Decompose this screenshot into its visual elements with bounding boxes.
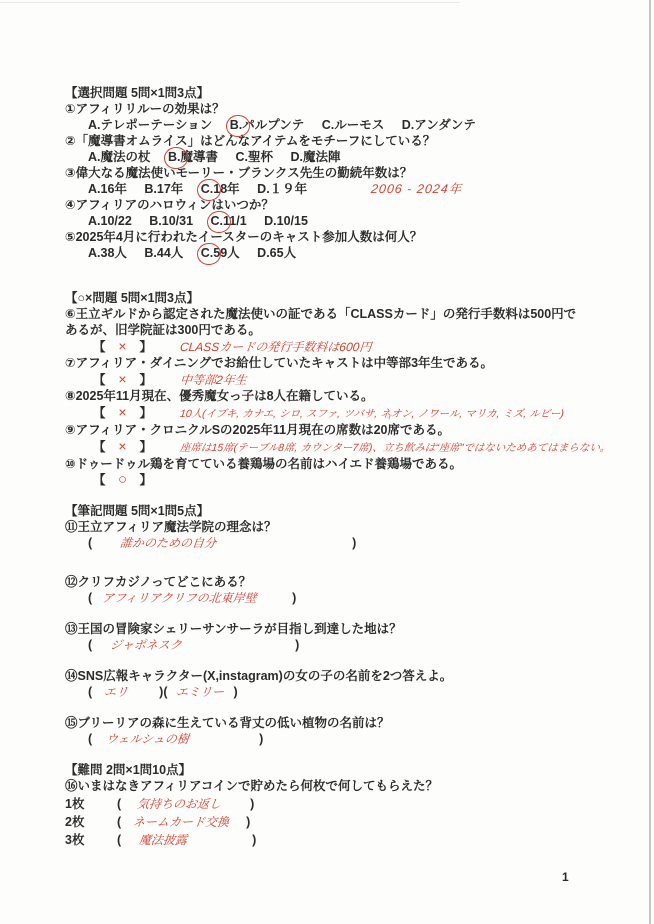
bracket-close: 】 [140, 406, 153, 420]
option-a: A.10/22 [88, 214, 132, 228]
handwritten-answer: ジャポネスク [91, 637, 296, 653]
coin-row-3: 3枚(魔法披露) [65, 832, 614, 850]
paren-close: ) [292, 591, 296, 605]
paren-close: ) [250, 797, 254, 811]
x-mark: × [106, 404, 140, 420]
section-title: 【筆記問題 5問×1問5点】 [65, 503, 614, 519]
option-d: D.アンダンテ [402, 118, 476, 132]
handwritten-answer: ネームカード交換 [120, 814, 247, 830]
question-11-answer-line: (誰かのための自分) [65, 535, 614, 551]
x-mark: × [106, 438, 140, 454]
page-number: 1 [562, 869, 569, 885]
paren-close: ) [295, 638, 299, 652]
handwritten-years-annotation: 2006 - 2024年 [370, 181, 463, 197]
question-12-answer-line: (アフィリアクリフの北東岸壁) [65, 590, 614, 606]
question-8-grading-line: 【×】 10人(イブキ, カナエ, シロ, スファ, ツバサ, ネオン, ノワー… [65, 404, 614, 422]
paren-close: ) [352, 536, 356, 550]
question-16-rows: 1枚(気持ちのお返し) 2枚(ネームカード交換) 3枚(魔法披露) [65, 796, 614, 850]
red-circle-mark: B. [168, 149, 181, 165]
question-2-text: ②「魔導書オムライス」はどんなアイテムをモチーフにしている？ [65, 133, 614, 149]
question-6-text-line2: あるが、旧学院証は300円である。 [65, 322, 614, 338]
question-6-text-line1: ⑥王立ギルドから認定された魔法使いの証である「CLASSカード」の発行手数料は5… [65, 306, 614, 322]
question-3-options: A.16年 B.17年 C.18年 D.１９年 2006 - 2024年 [65, 181, 614, 197]
written-item-14: ⑭SNS広報キャラクター(X,instagram)の女の子の名前を2つ答えよ。 … [65, 668, 614, 700]
scan-artifact-line [0, 2, 460, 3]
option-d: D.10/15 [264, 214, 308, 228]
question-7-text: ⑦アフィリア・ダイニングでお給仕していたキャストは中等部3年生である。 [65, 355, 614, 371]
handwritten-answer: 魔法披露 [120, 832, 253, 848]
question-15-text: ⑮ブリーリアの森に生えている背丈の低い植物の名前は？ [65, 715, 614, 731]
option-c: C.59人 [201, 246, 240, 260]
option-a: A.テレポーテーション [88, 118, 212, 132]
option-c: C.聖杯 [236, 150, 274, 164]
written-item-11: ⑪王立アフィリア魔法学院の理念は？ (誰かのための自分) [65, 519, 614, 551]
handwritten-correction: 10人(イブキ, カナエ, シロ, スファ, ツバサ, ネオン, ノワール, マ… [179, 406, 565, 422]
question-9-grading-line: 【×】 座席は15席(テーブル8席, カウンター7席)、立ち飲みは“座席”ではな… [65, 438, 614, 456]
circle-mark: ○ [106, 472, 140, 488]
question-15-answer-line: (ウェルシュの樹) [65, 731, 614, 747]
handwritten-answer: アフィリアクリフの北東岸壁 [91, 590, 293, 606]
option-a: A.16年 [88, 182, 127, 196]
handwritten-insert-mark: ィ [385, 413, 394, 421]
written-item-12: ⑫クリフカジノってどこにある？ (アフィリアクリフの北東岸壁) [65, 574, 614, 606]
question-1-text: ①アフィリリルーの効果は？ [65, 101, 614, 117]
option-a: A.38人 [88, 246, 127, 260]
red-circle-mark: C. [201, 245, 214, 261]
coin-row-2: 2枚(ネームカード交換) [65, 814, 614, 832]
handwritten-correction: 座席は15席(テーブル8席, カウンター7席)、立ち飲みは“座席”ではないためあ… [179, 440, 611, 456]
question-14-answer-line: (エリ)(エミリー) [65, 684, 614, 700]
option-b: B.10/31 [149, 214, 193, 228]
handwritten-answer: 誰かのための自分 [91, 535, 353, 551]
x-mark: × [106, 371, 140, 387]
scanned-quiz-page: 【選択問題 5問×1問3点】 ①アフィリリルーの効果は？ A.テレポーテーション… [0, 0, 654, 924]
question-14-text: ⑭SNS広報キャラクター(X,instagram)の女の子の名前を2つ答えよ。 [65, 668, 614, 684]
handwritten-answer: エミリー [167, 684, 235, 700]
handwritten-correction: CLASSカードの発行手数料は600円 [179, 339, 372, 355]
question-8-text: ⑧2025年11月現在、優秀魔女っ子は8人在籍している。 [65, 388, 614, 404]
bracket-close: 】 [140, 340, 153, 354]
x-mark: × [106, 338, 140, 354]
bracket-open: 【 [93, 406, 106, 420]
option-c: C.ルーモス [322, 118, 385, 132]
question-16-text: ⑯いまはなきアフィリアコインで貯めたら何枚で何してもらえた？ [65, 778, 614, 794]
question-1-options: A.テレポーテーション B.パルプンテ C.ルーモス D.アンダンテ [65, 117, 614, 133]
question-13-text: ⑬王国の冒険家シェリーサンサーラが目指し到達した地は？ [65, 621, 614, 637]
bracket-open: 【 [93, 340, 106, 354]
section-title: 【選択問題 5問×1問3点】 [65, 85, 614, 101]
question-2-options: A.魔法の杖 B.魔導書 C.聖杯 D.魔法陣 [65, 149, 614, 165]
question-5-options: A.38人 B.44人 C.59人 D.65人 [65, 245, 614, 261]
section-hard: 【難問 2問×1問10点】 ⑯いまはなきアフィリアコインで貯めたら何枚で何しても… [65, 762, 614, 850]
handwritten-answer: エリ [91, 684, 160, 700]
section-title: 【難問 2問×1問10点】 [65, 762, 614, 778]
option-d: D.魔法陣 [291, 150, 341, 164]
paren-close: ) [246, 815, 250, 829]
question-6-grading-line: 【×】 CLASSカードの発行手数料は600円 [65, 338, 614, 355]
section-multiple-choice: 【選択問題 5問×1問3点】 ①アフィリリルーの効果は？ A.テレポーテーション… [65, 85, 614, 261]
question-11-text: ⑪王立アフィリア魔法学院の理念は？ [65, 519, 614, 535]
handwritten-answer: ウェルシュの樹 [91, 731, 260, 747]
red-circle-mark: B. [230, 117, 243, 133]
option-b: B.魔導書 [168, 150, 218, 164]
section-written: 【筆記問題 5問×1問5点】 ⑪王立アフィリア魔法学院の理念は？ (誰かのための… [65, 503, 614, 747]
question-10-text: ⑩ドゥードゥル鶏を育てている養鶏場の名前はハイエド養鶏場である。 [65, 456, 614, 472]
question-12-text: ⑫クリフカジノってどこにある？ [65, 574, 614, 590]
question-9-text: ⑨アフィリア・クロニクルSの2025年11月現在の席数は20席である。 [65, 422, 614, 438]
handwritten-correction: 中等部2年生 [179, 372, 247, 388]
bracket-close: 】 [140, 473, 153, 487]
paren-close: ) [259, 732, 263, 746]
bracket-close: 】 [140, 440, 153, 454]
option-d: D.１９年 [257, 182, 307, 196]
section-true-false: 【○×問題 5問×1問3点】 ⑥王立ギルドから認定された魔法使いの証である「CL… [65, 290, 614, 488]
option-c: C.11/1 [211, 214, 247, 228]
bracket-open: 【 [93, 473, 106, 487]
question-13-answer-line: (ジャポネスク) [65, 637, 614, 653]
question-7-grading-line: 【×】 中等部2年生 [65, 371, 614, 388]
question-3-text: ③偉大なる魔法使いモーリー・ブランクス先生の勤続年数は？ [65, 165, 614, 181]
question-10-grading-line: 【○】 [65, 472, 614, 488]
section-title: 【○×問題 5問×1問3点】 [65, 290, 614, 306]
coin-count-label: 1枚 [65, 796, 117, 812]
bracket-open: 【 [93, 373, 106, 387]
option-b: B.17年 [144, 182, 183, 196]
option-d: D.65人 [257, 246, 296, 260]
red-circle-mark: C. [211, 213, 224, 229]
coin-row-1: 1枚(気持ちのお返し) [65, 796, 614, 814]
bracket-close: 】 [140, 373, 153, 387]
written-item-15: ⑮ブリーリアの森に生えている背丈の低い植物の名前は？ (ウェルシュの樹) [65, 715, 614, 747]
handwritten-answer: 気持ちのお返し [120, 796, 251, 812]
page-edge-shadow [649, 0, 651, 924]
question-5-text: ⑤2025年4月に行われたイースターのキャスト参加人数は何人？ [65, 229, 614, 245]
question-4-options: A.10/22 B.10/31 C.11/1 D.10/15 [65, 213, 614, 229]
paren-close: ) [252, 833, 256, 847]
option-a: A.魔法の杖 [88, 150, 151, 164]
question-4-text: ④アフィリアのハロウィンはいつか？ [65, 197, 614, 213]
coin-count-label: 3枚 [65, 832, 117, 848]
option-c: C.18年 [201, 182, 240, 196]
option-b: B.44人 [144, 246, 183, 260]
bracket-open: 【 [93, 440, 106, 454]
coin-count-label: 2枚 [65, 814, 117, 830]
red-circle-mark: C. [201, 181, 214, 197]
option-b: B.パルプンテ [230, 118, 305, 132]
written-item-13: ⑬王国の冒険家シェリーサンサーラが目指し到達した地は？ (ジャポネスク) [65, 621, 614, 653]
